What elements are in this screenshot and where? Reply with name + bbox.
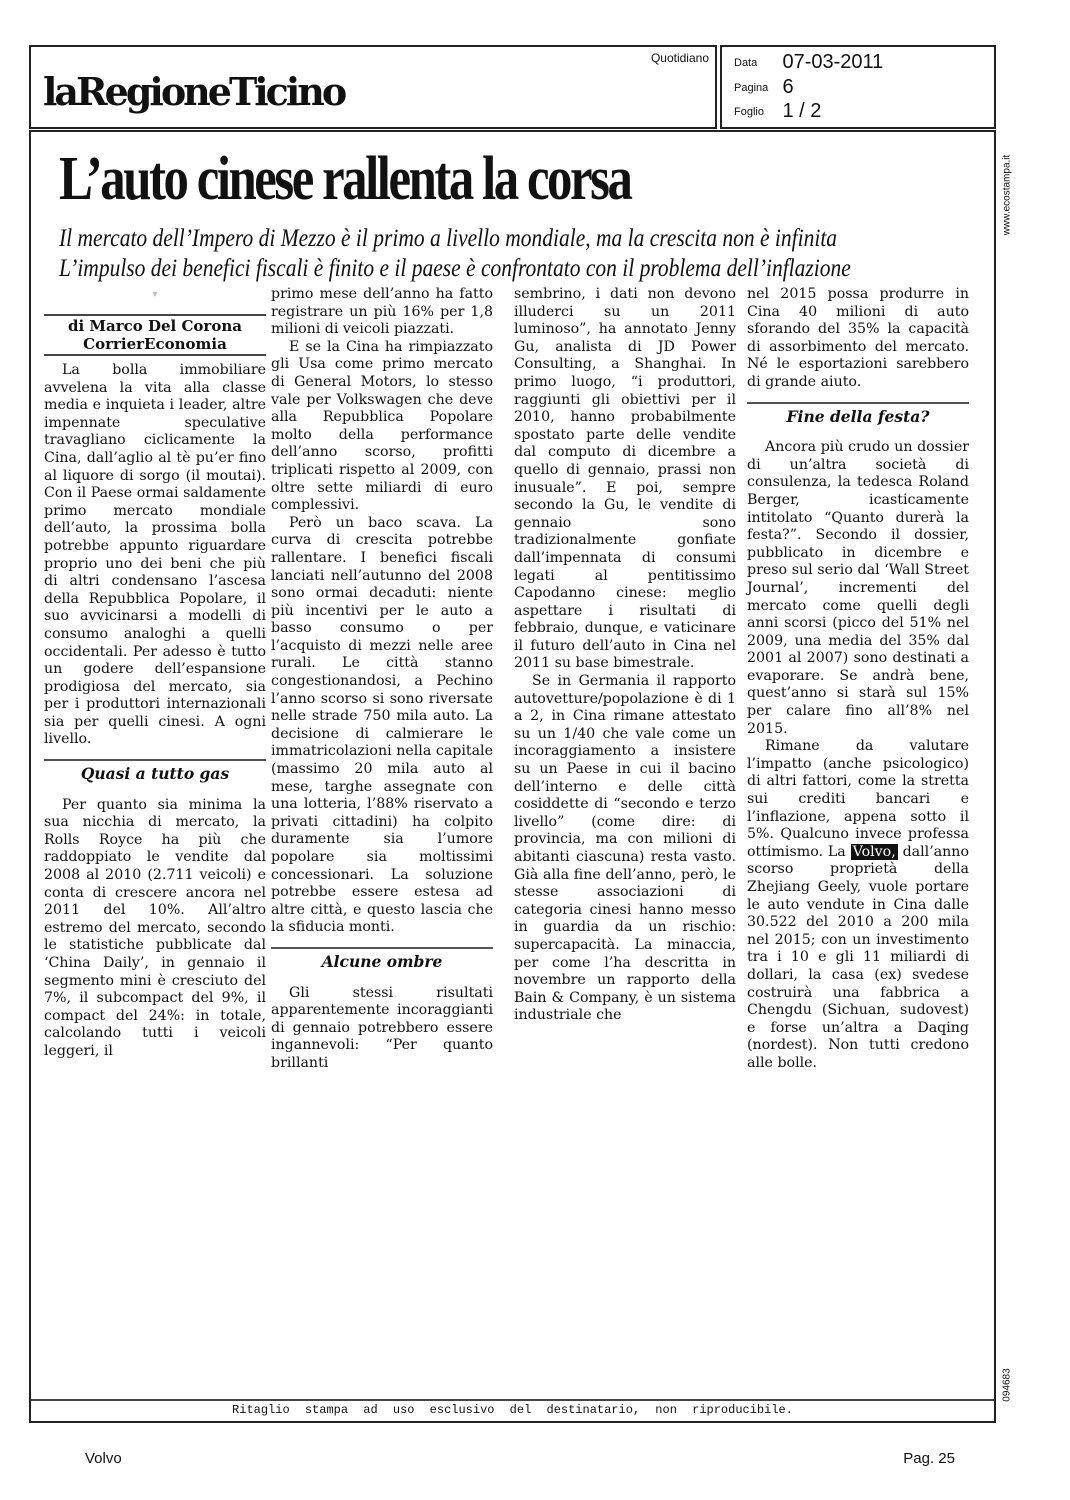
side-code: 094683 [1000, 1360, 1014, 1410]
paragraph: primo mese dell’anno ha fatto registrare… [271, 286, 493, 339]
reproduction-notice: Ritaglio stampa ad uso esclusivo del des… [31, 1399, 994, 1421]
paragraph: Gli stessi risultati apparentemente inco… [271, 985, 493, 1073]
paragraph: nel 2015 possa produrre in Cina 40 milio… [747, 286, 969, 392]
paragraph: Rimane da valutare l’impatto (anche psic… [747, 738, 969, 1072]
paragraph-text: dall’anno scorso proprietà della Zhejian… [747, 844, 969, 1071]
meta-date-value: 07-03-2011 [782, 51, 883, 73]
meta-sheet-value: 1 / 2 [782, 100, 821, 122]
masthead: laRegioneTicino Quotidiano [29, 45, 717, 129]
column-2: primo mese dell’anno ha fatto registrare… [271, 286, 493, 1073]
meta-page-value: 6 [782, 76, 793, 98]
paragraph: E se la Cina ha rimpiazzato gli Usa come… [271, 339, 493, 515]
meta-page: Pagina 6 [734, 76, 794, 99]
paragraph: sembrino, i dati non devono illuderci su… [514, 286, 736, 673]
paragraph: Se in Germania il rapporto autovetture/p… [514, 673, 736, 1025]
subheadline: Il mercato dell’Impero di Mezzo è il pri… [59, 224, 851, 284]
byline: di Marco Del Corona CorrierEconomia [44, 314, 266, 356]
column-1: ▾ di Marco Del Corona CorrierEconomia La… [44, 286, 266, 1061]
column-4: nel 2015 possa produrre in Cina 40 milio… [747, 286, 969, 1073]
article: L’auto cinese rallenta la corsa Il merca… [29, 130, 996, 1423]
issue-metadata: Data 07-03-2011 Pagina 6 Foglio 1 / 2 [720, 45, 996, 129]
paragraph-text: Rimane da valutare l’impatto (anche psic… [747, 738, 969, 860]
meta-sheet: Foglio 1 / 2 [734, 100, 821, 123]
paragraph: Ancora più crudo un dossier di un’altra … [747, 439, 969, 738]
byline-source: CorrierEconomia [44, 335, 266, 353]
meta-date-label: Data [734, 57, 778, 69]
meta-sheet-label: Foglio [734, 106, 778, 118]
footer-page-number: Pag. 25 [903, 1450, 955, 1467]
subhead-line-2: L’impulso dei benefici fiscali è finito … [59, 254, 851, 284]
ornament-icon: ▾ [44, 286, 266, 314]
section-heading: Quasi a tutto gas [44, 759, 266, 783]
newspaper-logo: laRegioneTicino [43, 69, 344, 114]
section-heading: Fine della festa? [747, 402, 969, 426]
publication-type: Quotidiano [651, 51, 709, 65]
paragraph: La bolla immobiliare avvelena la vita al… [44, 362, 266, 749]
meta-date: Data 07-03-2011 [734, 51, 883, 74]
footer-keyword: Volvo [85, 1450, 122, 1467]
side-code-text: 094683 [1002, 1368, 1013, 1401]
highlighted-keyword: Volvo, [851, 844, 898, 860]
paragraph: Però un baco scava. La curva di crescita… [271, 515, 493, 937]
column-3: sembrino, i dati non devono illuderci su… [514, 286, 736, 1025]
meta-page-label: Pagina [734, 82, 778, 94]
subhead-line-1: Il mercato dell’Impero di Mezzo è il pri… [59, 224, 851, 254]
byline-author: di Marco Del Corona [44, 317, 266, 335]
headline: L’auto cinese rallenta la corsa [59, 144, 630, 214]
side-url: www.ecostampa.it [1000, 140, 1014, 250]
side-url-text: www.ecostampa.it [1002, 155, 1013, 236]
paragraph: Per quanto sia minima la sua nicchia di … [44, 797, 266, 1061]
section-heading: Alcune ombre [271, 947, 493, 971]
